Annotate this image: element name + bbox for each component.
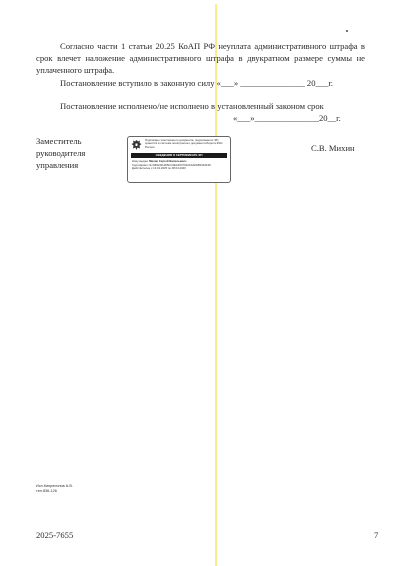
speck	[346, 30, 348, 32]
entered-force-line: Постановление вступило в законную силу «…	[60, 78, 333, 88]
penalty-paragraph: Согласно части 1 статьи 20.25 КоАП РФ не…	[36, 40, 365, 76]
executor-name: Исп.Кипреичнов А.В.	[36, 484, 73, 489]
position-line-3: управления	[36, 159, 85, 171]
coat-of-arms-icon	[131, 139, 142, 151]
stamp-header: Подписано электронного документа, подпис…	[145, 139, 229, 149]
page-number: 7	[374, 530, 378, 540]
executed-line-1: Постановление исполнено/не исполнено в у…	[60, 101, 324, 111]
signatory-name: С.В. Михин	[311, 143, 355, 153]
stamp-info: Кому выдан: Михин Сергей Васильевич Серт…	[132, 160, 229, 171]
executor-phone: тел.836-126	[36, 489, 73, 494]
penalty-paragraph-text: Согласно части 1 статьи 20.25 КоАП РФ не…	[36, 41, 365, 75]
e-signature-stamp: Подписано электронного документа, подпис…	[127, 136, 231, 183]
document-number: 2025-7655	[36, 530, 73, 540]
certificate-validity: Действителен с 14.01.2025 по 08.04.2026	[132, 167, 229, 171]
position-line-1: Заместитель	[36, 135, 85, 147]
signatory-position: Заместитель руководителя управления	[36, 135, 85, 171]
executed-line-2: «___»_______________20__г.	[233, 113, 341, 123]
stamp-band: СВЕДЕНИЯ О СЕРТИФИКАТЕ ЭП	[131, 153, 227, 158]
position-line-2: руководителя	[36, 147, 85, 159]
highlight-line	[215, 4, 217, 566]
executor-info: Исп.Кипреичнов А.В. тел.836-126	[36, 484, 73, 493]
